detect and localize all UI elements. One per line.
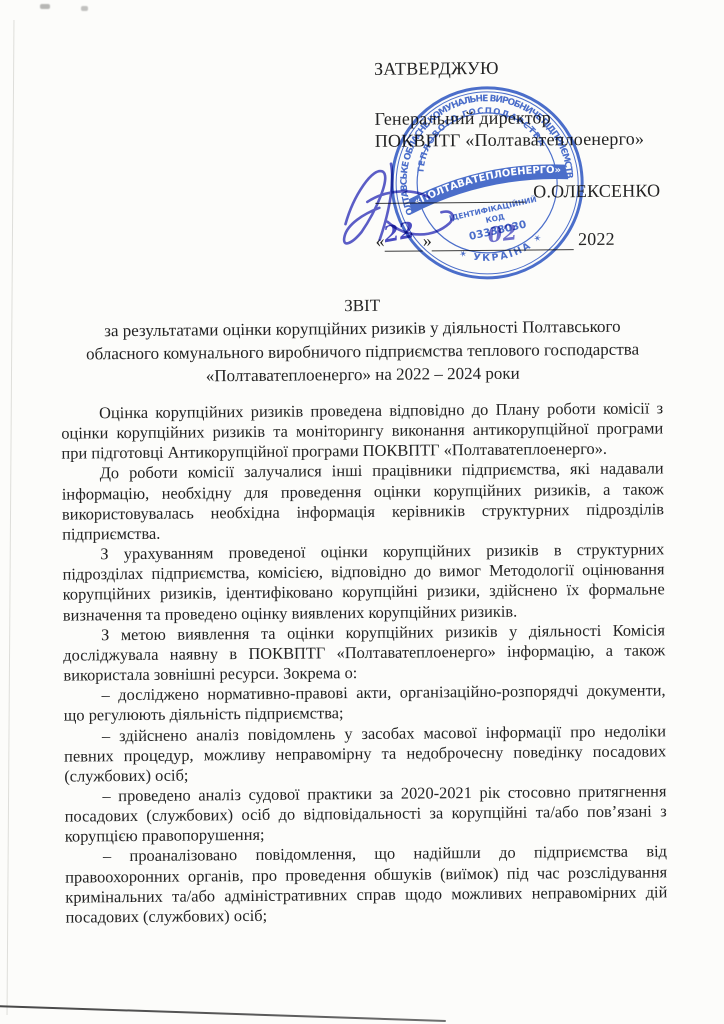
bullet-item: – проведено аналіз судової практики за 2… <box>64 781 667 847</box>
body-paragraph: До роботи комісії залучалися інші праців… <box>62 459 665 545</box>
signature-scribble <box>329 151 500 267</box>
document-body: Оцінка корупційних ризиків проведена від… <box>61 398 668 927</box>
scanned-document-page: ЗАТВЕРДЖУЮ Генеральний директор ПОКВПТГ … <box>0 0 724 1024</box>
body-paragraph: З метою виявлення та оцінки корупційних … <box>63 620 666 686</box>
bullet-item: – проаналізовано повідомлення, що надійш… <box>65 842 668 928</box>
body-paragraph: З урахуванням проведеної оцінки корупцій… <box>62 539 665 625</box>
page-title: ЗВІТ за результатами оцінки корупційних … <box>60 291 665 388</box>
bullet-item: – здійснено аналіз повідомлень у засобах… <box>64 721 667 787</box>
bullet-item: – досліджено нормативно-правові акти, ор… <box>64 681 666 727</box>
body-paragraph: Оцінка корупційних ризиків проведена від… <box>61 398 664 464</box>
